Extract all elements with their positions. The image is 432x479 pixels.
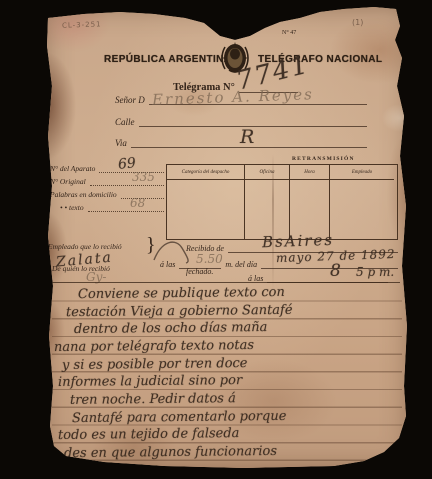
- recibido-de-value-handwritten: BsAires: [262, 231, 335, 252]
- palabras-label: Palabras en domicilio: [50, 190, 117, 199]
- message-line: Santafé para comentarlo porque: [72, 409, 287, 426]
- texto-label: • • texto: [60, 203, 84, 212]
- archive-code: CL-3-251: [62, 20, 102, 29]
- alas-value-handwritten: 5.50: [196, 252, 223, 266]
- table-cell-empty: [167, 180, 245, 239]
- column-header-hora: Hora: [290, 165, 330, 180]
- message-line: testación Vieja a gobierno Santafé: [66, 303, 293, 320]
- page-mark: (1): [352, 18, 363, 27]
- column-header-oficina: Oficina: [245, 165, 290, 180]
- photo-background: CL-3-251 (1) N° 47 REPÚBLICA ARGENTINA T…: [0, 0, 432, 479]
- message-line: todo es un tejido de falseda: [58, 426, 240, 443]
- texto-line: [88, 201, 164, 212]
- original-value-handwritten: 335: [132, 170, 155, 184]
- message-line: Conviene se publique texto con: [78, 285, 285, 302]
- message-line: des en que algunos funcionarios: [64, 444, 277, 461]
- form-number: N° 47: [282, 30, 296, 36]
- header-country: REPÚBLICA ARGENTINA: [104, 54, 231, 65]
- message-line: nana por telégrafo texto notas: [54, 338, 254, 355]
- original-label: N° Original: [50, 177, 86, 186]
- texto-value-handwritten: 68: [130, 196, 145, 210]
- calle-label: Calle: [115, 117, 135, 127]
- message-line: y si es posible por tren doce: [62, 356, 248, 373]
- retransmision-title: RETRANSMISIÓN: [292, 156, 355, 162]
- column-header-categoria: Categoría del despacho: [167, 165, 245, 180]
- alas-label: á las: [160, 260, 175, 269]
- via-label: Via: [115, 138, 127, 148]
- column-header-empleado: Empleado: [330, 165, 394, 180]
- paper-crease: [272, 154, 274, 290]
- table-cell-empty: [330, 180, 394, 239]
- m-del-dia-label: m. del día: [225, 260, 257, 269]
- message-line: tren noche. Pedir datos á: [70, 391, 236, 408]
- aparato-label: N° del Aparato: [50, 164, 95, 173]
- table-cell-empty: [245, 180, 290, 239]
- retransmision-table: Categoría del despacho Oficina Hora Empl…: [166, 164, 398, 240]
- telegram-form: CL-3-251 (1) N° 47 REPÚBLICA ARGENTINA T…: [44, 6, 410, 470]
- via-value-handwritten: R: [240, 126, 254, 148]
- message-line: informes la judicial sino por: [58, 373, 242, 390]
- message-line: dentro de los ocho días maña: [74, 320, 268, 337]
- senor-label: Señor D: [115, 95, 145, 105]
- section-divider-line: [52, 272, 400, 283]
